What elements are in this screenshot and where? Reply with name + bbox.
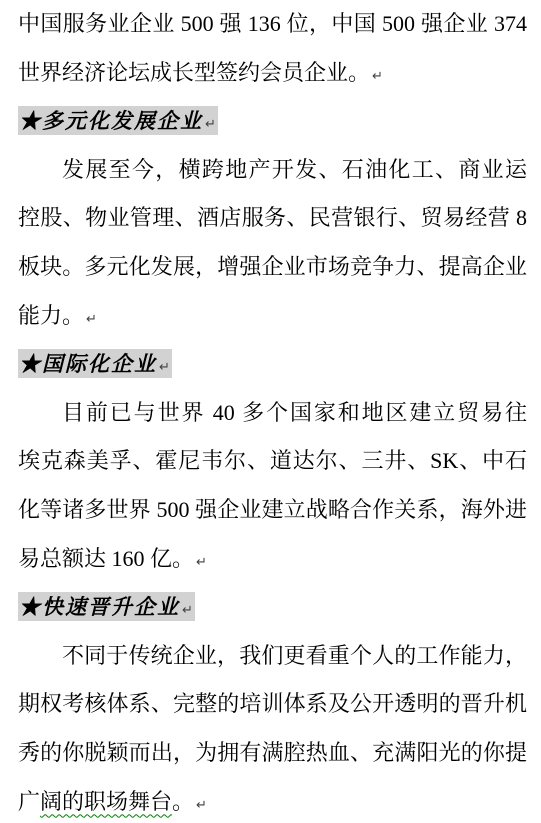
text-run: 易总额达 160 亿。 bbox=[18, 546, 194, 571]
text-line: 广阔的职场舞台。↵ bbox=[18, 778, 527, 823]
text-run: 板块。多元化发展，增强企业市场竞争力、提高企业抗风险 bbox=[18, 254, 527, 292]
section-heading-highlight: ★快速晋升企业↵ bbox=[18, 592, 195, 621]
text-run: 控股、物业管理、酒店服务、民营银行、贸易经营 8 大业务 bbox=[18, 205, 527, 243]
text-run: 目前已与世界 40 多个国家和地区建立贸易往来，并与 bbox=[62, 400, 527, 438]
section-heading-highlight: ★多元化发展企业↵ bbox=[18, 106, 218, 135]
paragraph-mark-icon: ↵ bbox=[372, 69, 383, 84]
text-run: 广 bbox=[18, 789, 40, 814]
paragraph-mark-icon: ↵ bbox=[159, 360, 170, 375]
text-run: 世界经济论坛成长型签约会员企业。 bbox=[18, 60, 370, 85]
text-run: 发展至今，横跨地产开发、石油化工、商业运营、金融 bbox=[62, 157, 527, 195]
text-line: 秀的你脱颖而出，为拥有满腔热血、充满阳光的你提供最为 bbox=[18, 729, 527, 778]
text-line: 易总额达 160 亿。↵ bbox=[18, 535, 527, 584]
text-line: 控股、物业管理、酒店服务、民营银行、贸易经营 8 大业务 bbox=[18, 194, 527, 243]
text-line: 埃克森美孚、霍尼韦尔、道达尔、三井、SK、中石油、中石 bbox=[18, 437, 527, 486]
text-line: 期权考核体系、完整的培训体系及公开透明的晋升机制让优 bbox=[18, 680, 527, 729]
text-run: 埃克森美孚、霍尼韦尔、道达尔、三井、SK、中石油、中石 bbox=[18, 448, 527, 486]
paragraph-mark-icon: ↵ bbox=[196, 798, 207, 813]
heading-line: ★国际化企业↵ bbox=[18, 340, 527, 389]
paragraph-mark-icon: ↵ bbox=[86, 312, 97, 327]
text-run: 秀的你脱颖而出，为拥有满腔热血、充满阳光的你提供最为 bbox=[18, 740, 527, 778]
section-heading: ★多元化发展企业 bbox=[19, 109, 203, 133]
text-line: 不同于传统企业，我们更看重个人的工作能力，完善的 bbox=[18, 632, 527, 681]
text-run: 不同于传统企业，我们更看重个人的工作能力，完善的 bbox=[62, 643, 527, 681]
text-line: 化等诸多世界 500 强企业建立战略合作关系，海外进出口贸 bbox=[18, 486, 527, 535]
text-run: 能力。 bbox=[18, 303, 84, 328]
heading-line: ★快速晋升企业↵ bbox=[18, 583, 527, 632]
section-heading: ★快速晋升企业 bbox=[19, 595, 180, 619]
grammar-flagged-text: 阔的职场舞台 bbox=[40, 789, 172, 814]
text-line: 中国服务业企业 500 强 136 位，中国 500 强企业 374 位， bbox=[18, 0, 527, 49]
section-heading-highlight: ★国际化企业↵ bbox=[18, 349, 172, 378]
text-line: 目前已与世界 40 多个国家和地区建立贸易往来，并与 bbox=[18, 389, 527, 438]
paragraph-mark-icon: ↵ bbox=[182, 603, 193, 618]
document-page: 中国服务业企业 500 强 136 位，中国 500 强企业 374 位，世界经… bbox=[0, 0, 541, 823]
text-run: 化等诸多世界 500 强企业建立战略合作关系，海外进出口贸 bbox=[18, 497, 527, 535]
text-run: 。 bbox=[172, 789, 194, 814]
text-line: 板块。多元化发展，增强企业市场竞争力、提高企业抗风险 bbox=[18, 243, 527, 292]
text-line: 世界经济论坛成长型签约会员企业。↵ bbox=[18, 49, 527, 98]
heading-line: ★多元化发展企业↵ bbox=[18, 97, 527, 146]
paragraph-mark-icon: ↵ bbox=[205, 117, 216, 132]
text-run: 中国服务业企业 500 强 136 位，中国 500 强企业 374 位， bbox=[18, 11, 527, 49]
text-run: 期权考核体系、完整的培训体系及公开透明的晋升机制让优 bbox=[18, 691, 527, 729]
text-line: 能力。↵ bbox=[18, 292, 527, 341]
paragraph-mark-icon: ↵ bbox=[196, 555, 207, 570]
text-line: 发展至今，横跨地产开发、石油化工、商业运营、金融 bbox=[18, 146, 527, 195]
section-heading: ★国际化企业 bbox=[19, 352, 157, 376]
